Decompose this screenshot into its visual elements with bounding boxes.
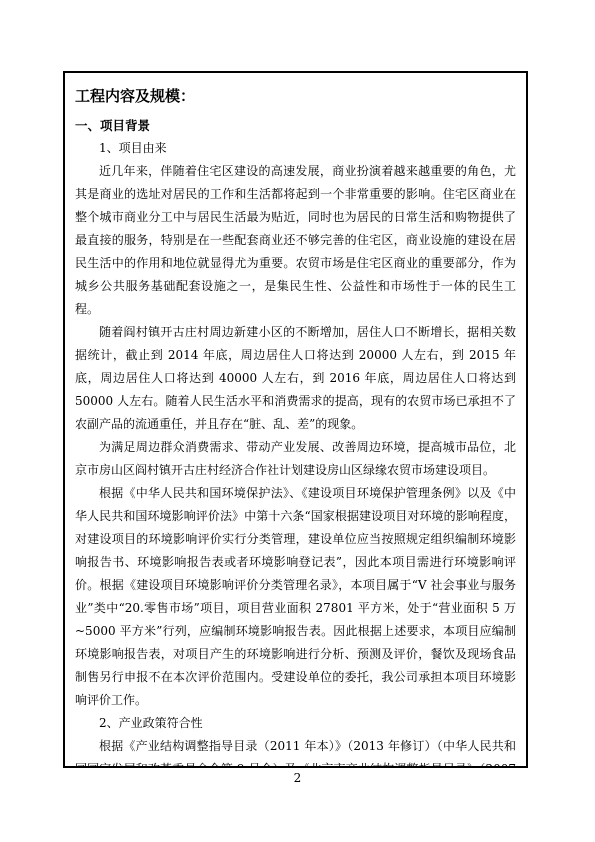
paragraph-policy-compliance: 根据《产业结构调整指导目录（2011 年本）》（2013 年修订）（中华人民共和…	[75, 735, 516, 768]
paragraph-population-growth: 随着阎村镇开古庄村周边新建小区的不断增加，居住人口不断增长，据相关数据统计，截止…	[75, 321, 516, 436]
paragraph-commerce-development: 近几年来，伴随着住宅区建设的高速发展，商业扮演着越来越重要的角色，尤其是商业的选…	[75, 160, 516, 321]
subheading-project-origin: 1、项目由来	[75, 137, 516, 160]
section-title: 工程内容及规模：	[75, 83, 516, 110]
heading-project-background: 一、项目背景	[75, 114, 516, 137]
document-page: 工程内容及规模： 一、项目背景 1、项目由来 近几年来，伴随着住宅区建设的高速发…	[0, 0, 595, 842]
content-border-box: 工程内容及规模： 一、项目背景 1、项目由来 近几年来，伴随着住宅区建设的高速发…	[63, 71, 528, 768]
paragraph-eia-requirement: 根据《中华人民共和国环境保护法》、《建设项目环境保护管理条例》以及《中华人民共和…	[75, 482, 516, 712]
paragraph-project-plan: 为满足周边群众消费需求、带动产业发展、改善周边环境，提高城市品位，北京市房山区阎…	[75, 436, 516, 482]
page-number: 2	[0, 770, 595, 786]
subheading-industrial-policy: 2、产业政策符合性	[75, 712, 516, 735]
